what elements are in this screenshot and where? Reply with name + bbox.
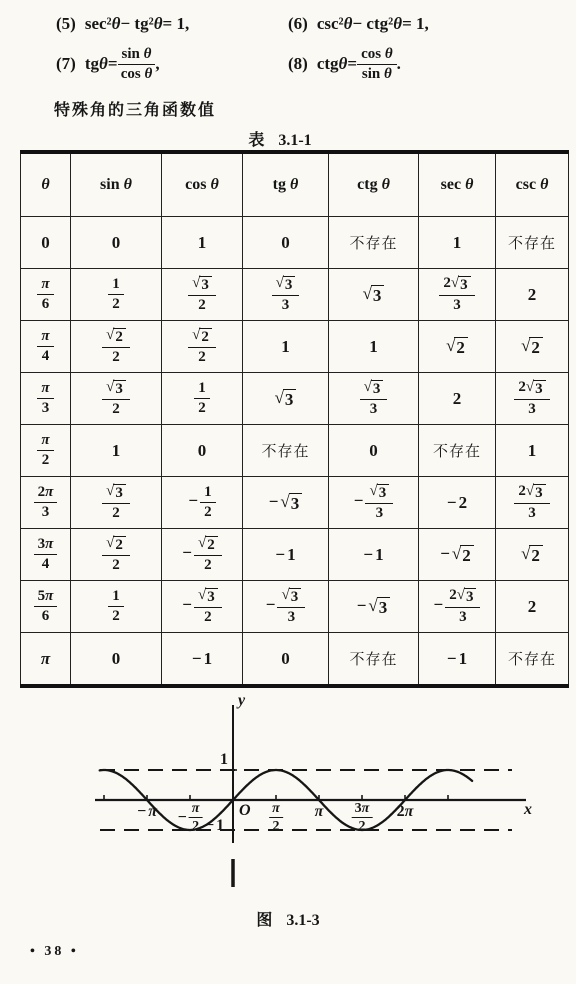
table-cell: √3	[329, 269, 419, 321]
column-header: tg θ	[243, 152, 329, 217]
column-header: csc θ	[496, 152, 569, 217]
table-cell: 5π6	[21, 581, 71, 633]
table-cell: 0	[71, 217, 162, 269]
table-cell: −12	[162, 477, 243, 529]
x-tick-label: 3π2	[352, 801, 373, 835]
table-cell: 不存在	[496, 633, 569, 687]
table-cell: 2π3	[21, 477, 71, 529]
table-row: π0−10不存在−1不存在	[21, 633, 569, 687]
table-cell: −2√33	[419, 581, 496, 633]
table-cell: 2√33	[496, 477, 569, 529]
table-row: π612√32√33√32√332	[21, 269, 569, 321]
table-cell: 0	[71, 633, 162, 687]
table-cell: −√33	[329, 477, 419, 529]
table-cell: 2√33	[496, 373, 569, 425]
table-cell: π	[21, 633, 71, 687]
table-cell: 1	[419, 217, 496, 269]
table-cell: −2	[419, 477, 496, 529]
table-row: π210不存在0不存在1	[21, 425, 569, 477]
formula-6: (6)csc² θ − ctg² θ = 1,	[288, 14, 561, 34]
table-cell: 12	[162, 373, 243, 425]
table-cell: √3	[243, 373, 329, 425]
column-header: ctg θ	[329, 152, 419, 217]
table-cell: √22	[162, 321, 243, 373]
table-cell: −√2	[419, 529, 496, 581]
table-cell: 12	[71, 581, 162, 633]
table-cell: 0	[243, 217, 329, 269]
table-cell: √22	[71, 529, 162, 581]
x-tick-label: −π	[137, 804, 157, 820]
table-cell: 1	[162, 217, 243, 269]
x-tick-label: π2	[269, 801, 283, 835]
table-cell: 不存在	[329, 633, 419, 687]
table-cell: √2	[496, 529, 569, 581]
formula-number: (8)	[288, 54, 308, 74]
figure-caption: 图 3.1-3	[0, 907, 576, 930]
table-cell: π4	[21, 321, 71, 373]
table-cell: 0	[329, 425, 419, 477]
table-cell: −√32	[162, 581, 243, 633]
table-cell: 不存在	[243, 425, 329, 477]
table-cell: −1	[243, 529, 329, 581]
table-cell: 1	[329, 321, 419, 373]
column-header: θ	[21, 152, 71, 217]
table-cell: 1	[496, 425, 569, 477]
table-cell: π6	[21, 269, 71, 321]
table-row: π3√3212√3√3322√33	[21, 373, 569, 425]
table-row: 5π612−√32−√33−√3−2√332	[21, 581, 569, 633]
table-cell: 1	[243, 321, 329, 373]
table-cell: −√3	[329, 581, 419, 633]
table-cell: 不存在	[329, 217, 419, 269]
table-cell: 不存在	[419, 425, 496, 477]
table-cell: 0	[162, 425, 243, 477]
table-cell: −1	[162, 633, 243, 687]
table-cell: √22	[71, 321, 162, 373]
formula-8: (8)ctg θ = cos θsin θ.	[288, 46, 561, 83]
table-cell: 2√33	[419, 269, 496, 321]
column-header: cos θ	[162, 152, 243, 217]
x-tick-label: −π2	[178, 801, 203, 835]
table-cell: −√3	[243, 477, 329, 529]
table-cell: π2	[21, 425, 71, 477]
formula-number: (6)	[288, 14, 308, 34]
table-cell: −1	[329, 529, 419, 581]
table-header-row: θsin θcos θtg θctg θsec θcsc θ	[21, 152, 569, 217]
y-axis-label: y	[238, 693, 245, 709]
formula-number: (5)	[56, 14, 76, 34]
table-cell: 不存在	[496, 217, 569, 269]
formula-5: (5)sec² θ − tg² θ = 1,	[56, 14, 288, 34]
table-title: 表 3.1-1	[20, 127, 540, 150]
x-tick-label: 2π	[397, 804, 414, 820]
table-cell: √32	[162, 269, 243, 321]
trig-values-table: θsin θcos θtg θctg θsec θcsc θ0010不存在1不存…	[20, 150, 569, 688]
formula-7: (7)tg θ = sin θcos θ,	[56, 46, 288, 83]
origin-label: O	[239, 803, 251, 819]
table-row: π4√22√2211√2√2	[21, 321, 569, 373]
table-cell: 2	[419, 373, 496, 425]
sine-graph: yxO1−1−π−π2π2π3π22π	[0, 695, 576, 907]
table-cell: 0	[21, 217, 71, 269]
table-cell: √32	[71, 373, 162, 425]
table-row: 0010不存在1不存在	[21, 217, 569, 269]
table-row: 2π3√32−12−√3−√33−22√33	[21, 477, 569, 529]
x-axis-label: x	[524, 802, 532, 818]
table-cell: 12	[71, 269, 162, 321]
page-number: • 38 •	[30, 944, 79, 960]
table-cell: 3π4	[21, 529, 71, 581]
y-tick-label: −1	[205, 818, 224, 834]
table-cell: √32	[71, 477, 162, 529]
sine-curve-plot	[0, 695, 576, 907]
table-cell: 1	[71, 425, 162, 477]
column-header: sec θ	[419, 152, 496, 217]
section-heading: 特殊角的三角函数值	[54, 97, 216, 120]
table-cell: −√33	[243, 581, 329, 633]
formula-list: (5)sec² θ − tg² θ = 1,(6)csc² θ − ctg² θ…	[56, 14, 561, 83]
formula-number: (7)	[56, 54, 76, 74]
table-cell: 0	[243, 633, 329, 687]
x-tick-label: π	[315, 804, 324, 820]
table-cell: π3	[21, 373, 71, 425]
table-cell: √33	[243, 269, 329, 321]
table-row: 3π4√22−√22−1−1−√2√2	[21, 529, 569, 581]
table-cell: 2	[496, 269, 569, 321]
table-cell: −1	[419, 633, 496, 687]
table-cell: √33	[329, 373, 419, 425]
column-header: sin θ	[71, 152, 162, 217]
table-cell: −√22	[162, 529, 243, 581]
y-tick-label: 1	[220, 752, 228, 768]
table-cell: 2	[496, 581, 569, 633]
table-cell: √2	[419, 321, 496, 373]
table-cell: √2	[496, 321, 569, 373]
